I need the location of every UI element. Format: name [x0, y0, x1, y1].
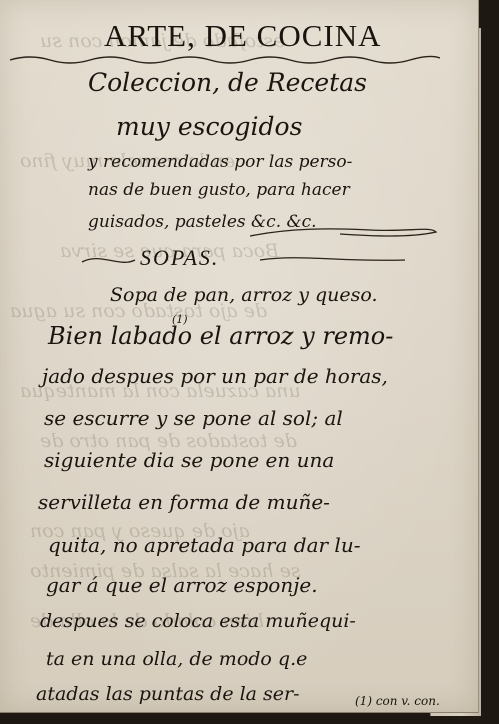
section-heading: SOPAS.: [140, 245, 219, 271]
body-line: jado despues por un par de horas,: [42, 364, 388, 388]
body-line: ta en una olla, de modo q.e: [46, 648, 307, 670]
body-line: despues se coloca esta muñequi-: [40, 610, 356, 632]
body-line: siguiente dia se pone en una: [44, 448, 334, 472]
decorative-flourish: [10, 50, 440, 70]
subtitle-line: Coleccion, de Recetas: [88, 68, 367, 97]
body-line: atadas las puntas de la ser-: [36, 683, 300, 705]
body-line: quita, no apretada para dar lu-: [48, 533, 360, 557]
subtitle-line: y recomendadas por las perso-: [88, 152, 352, 172]
recipe-title: Sopa de pan, arroz y queso.: [110, 284, 378, 306]
body-line: Bien labado el arroz y remo-: [48, 322, 393, 350]
body-line: gar á que el arroz esponje.: [46, 573, 318, 597]
body-line: se escurre y se pone al sol; al: [44, 406, 343, 430]
subtitle-line: muy escogidos: [116, 112, 302, 141]
subtitle-line: nas de buen gusto, para hacer: [88, 180, 350, 200]
heading-flourish: [80, 248, 410, 274]
manuscript-page: estofado de jamon con su en la cazuela m…: [0, 0, 479, 713]
document-title: ARTE, DE COCINA: [104, 18, 382, 54]
body-line: servilleta en forma de muñe-: [38, 490, 330, 514]
footnote: (1) con v. con.: [355, 694, 440, 708]
